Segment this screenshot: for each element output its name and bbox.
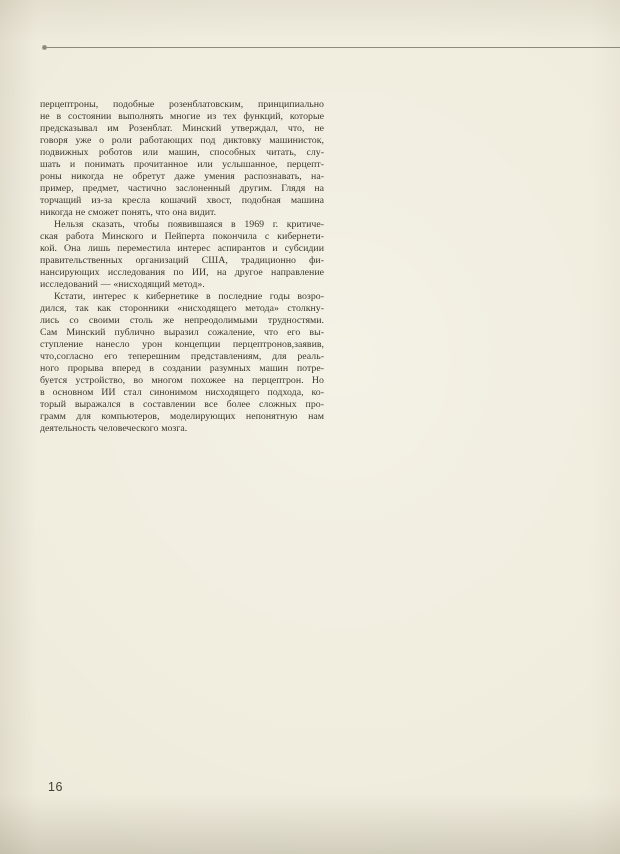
text-line: кой. Она лишь переместила интерес аспира… xyxy=(40,243,324,255)
text-line: лись со своими столь же непреодолимыми т… xyxy=(40,315,324,327)
text-line: нансирующих исследования по ИИ, на друго… xyxy=(40,267,324,279)
text-line: исследований — «нисходящий метод». xyxy=(40,279,324,291)
text-line: торый выражался в составлении все более … xyxy=(40,399,324,411)
text-line: правительственных организаций США, тради… xyxy=(40,255,324,267)
text-line: никогда не сможет понять, что она видит. xyxy=(40,207,324,219)
text-line: Сам Минский публично выразил сожаление, … xyxy=(40,327,324,339)
text-line: перцептроны, подобные розенблатовским, п… xyxy=(40,99,324,111)
text-line: предсказывал им Розенблат. Минский утвер… xyxy=(40,123,324,135)
text-line: шать и понимать прочитанное или услышанн… xyxy=(40,159,324,171)
text-line: Нельзя сказать, чтобы появившаяся в 1969… xyxy=(40,219,324,231)
paragraph-3: Кстати, интерес к кибернетике в последни… xyxy=(40,291,324,435)
text-line: пример, предмет, частично заслоненный др… xyxy=(40,183,324,195)
text-line: буется устройство, во многом похожее на … xyxy=(40,375,324,387)
text-line: торчащий из-за кресла кошачий хвост, под… xyxy=(40,195,324,207)
text-line: роны никогда не обретут даже умения расп… xyxy=(40,171,324,183)
text-line: дился, так как сторонники «нисходящего м… xyxy=(40,303,324,315)
text-line: Кстати, интерес к кибернетике в последни… xyxy=(40,291,324,303)
text-line: грамм для компьютеров, моделирующих непо… xyxy=(40,411,324,423)
text-line: ступление нанесло урон концепции перцепт… xyxy=(40,339,324,351)
text-line: что,согласно его теперешним представлени… xyxy=(40,351,324,363)
text-line: деятельность человеческого мозга. xyxy=(40,423,324,435)
scanned-book-page: перцептроны, подобные розенблатовским, п… xyxy=(0,0,620,854)
text-line: ного прорыва вперед в создании разумных … xyxy=(40,363,324,375)
header-rule xyxy=(45,47,620,48)
text-line: подвижных роботов или машин, способных ч… xyxy=(40,147,324,159)
text-line: в основном ИИ стал синонимом нисходящего… xyxy=(40,387,324,399)
text-line: не в состоянии выполнять многие из тех ф… xyxy=(40,111,324,123)
text-line: ская работа Минского и Пейперта покончил… xyxy=(40,231,324,243)
text-line: говоря уже о роли работающих под диктовк… xyxy=(40,135,324,147)
text-block: перцептроны, подобные розенблатовским, п… xyxy=(40,99,324,435)
rule-end-dot xyxy=(42,45,47,50)
page-number: 16 xyxy=(48,780,63,794)
paragraph-1: перцептроны, подобные розенблатовским, п… xyxy=(40,99,324,219)
paragraph-2: Нельзя сказать, чтобы появившаяся в 1969… xyxy=(40,219,324,291)
